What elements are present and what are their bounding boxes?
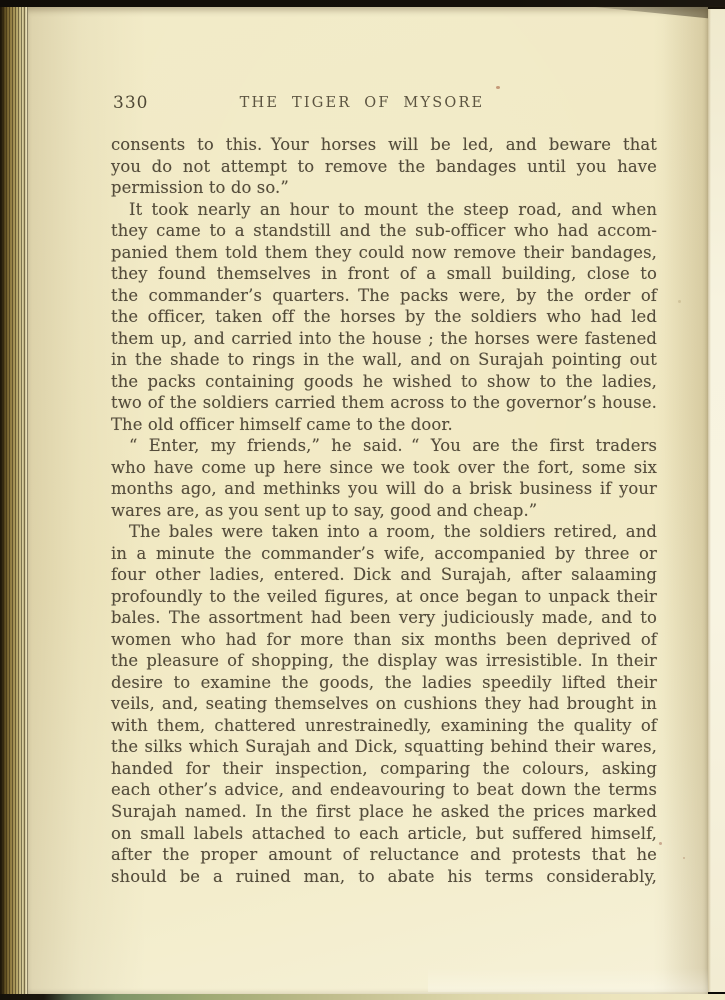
text-line: women who had for more than six months b… (111, 629, 657, 651)
text-line: handed for their inspection, comparing t… (111, 758, 657, 780)
text-line: with them, chattered unrestrainedly, exa… (111, 715, 657, 737)
text-line: The old officer himself came to the door… (111, 414, 657, 436)
text-line: profoundly to the veiled figures, at onc… (111, 586, 657, 608)
scanned-book-photo: { "header": { "page_number": "330", "tit… (0, 0, 725, 1000)
text-line: wares are, as you sent up to say, good a… (111, 500, 657, 522)
page-curve-shadow (663, 9, 708, 992)
text-line: should be a ruined man, to abate his ter… (111, 866, 657, 888)
bottom-page-highlight (428, 968, 708, 992)
text-line: you do not attempt to remove the bandage… (111, 156, 657, 178)
text-line: “ Enter, my friends,” he said. “ You are… (111, 435, 657, 457)
text-line: veils, and, seating themselves on cushio… (111, 693, 657, 715)
text-line: It took nearly an hour to mount the stee… (111, 199, 657, 221)
text-line: consents to this. Your horses will be le… (111, 134, 657, 156)
text-line: panied them told them they could now rem… (111, 242, 657, 264)
text-line: after the proper amount of reluctance an… (111, 844, 657, 866)
paper-speck (496, 86, 500, 89)
text-block: consents to this. Your horses will be le… (111, 134, 657, 887)
book-gutter-edge (0, 4, 28, 1000)
text-line: the pleasure of shopping, the display wa… (111, 650, 657, 672)
paper-speck (678, 300, 681, 303)
paper-speck (659, 842, 662, 845)
text-line: The bales were taken into a room, the so… (111, 521, 657, 543)
text-line: they came to a standstill and the sub-of… (111, 220, 657, 242)
text-line: each other’s advice, and endeavouring to… (111, 779, 657, 801)
text-line: who have come up here since we took over… (111, 457, 657, 479)
text-line: in a minute the commander’s wife, accomp… (111, 543, 657, 565)
text-line: in the shade to rings in the wall, and o… (111, 349, 657, 371)
paper-speck (683, 857, 685, 859)
paper-speck (205, 512, 207, 514)
text-line: four other ladies, entered. Dick and Sur… (111, 564, 657, 586)
book-bottom-edge (0, 994, 725, 1000)
fore-edge (708, 9, 725, 992)
text-line: the commander’s quarters. The packs were… (111, 285, 657, 307)
text-line: the silks which Surajah and Dick, squatt… (111, 736, 657, 758)
text-line: two of the soldiers carried them across … (111, 392, 657, 414)
text-line: bales. The assortment had been very judi… (111, 607, 657, 629)
text-line: Surajah named. In the first place he ask… (111, 801, 657, 823)
text-line: the packs containing goods he wished to … (111, 371, 657, 393)
book-top-edge (0, 0, 725, 7)
text-line: the officer, taken off the horses by the… (111, 306, 657, 328)
running-head: 330 THE TIGER OF MYSORE (111, 93, 657, 115)
text-line: desire to examine the goods, the ladies … (111, 672, 657, 694)
text-line: months ago, and methinks you will do a b… (111, 478, 657, 500)
text-line: on small labels attached to each article… (111, 823, 657, 845)
text-line: them up, and carried into the house ; th… (111, 328, 657, 350)
running-title: THE TIGER OF MYSORE (111, 95, 613, 111)
text-line: permission to do so.” (111, 177, 657, 199)
text-line: they found themselves in front of a smal… (111, 263, 657, 285)
